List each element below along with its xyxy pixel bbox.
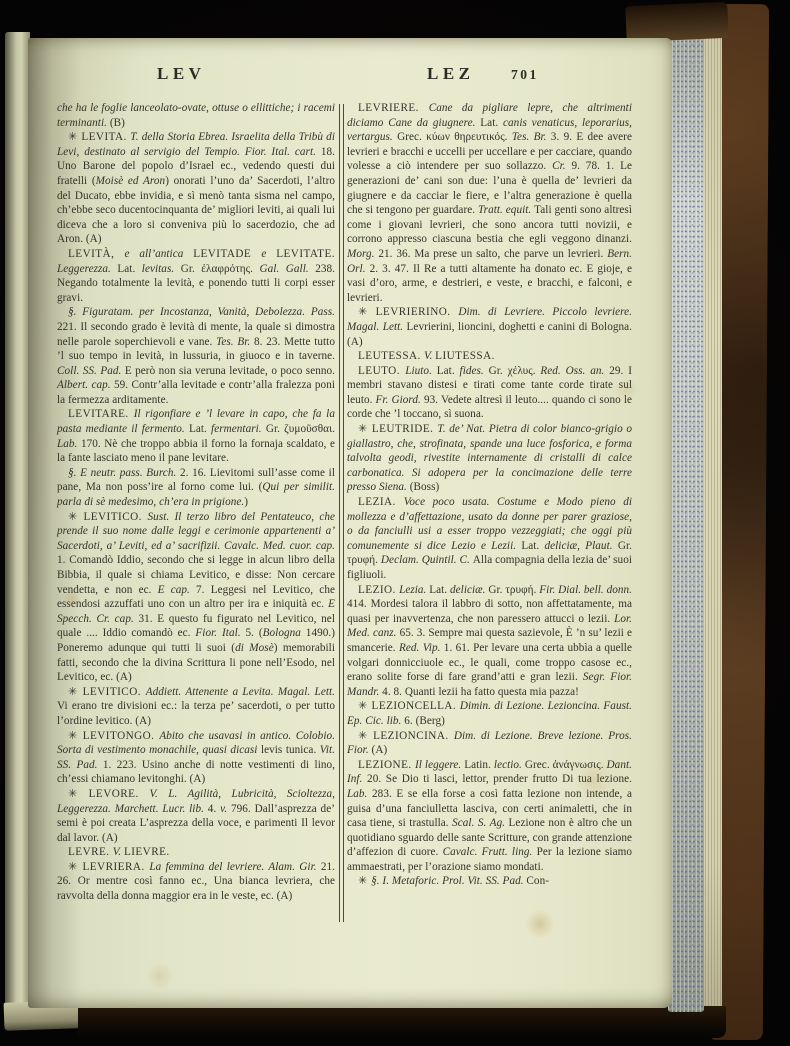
text-segment: LEVRE. (68, 846, 113, 858)
text-segment: Bologna (263, 627, 306, 639)
column-divider-rule (339, 104, 344, 922)
text-segment: Gr. τρυφή. (488, 584, 539, 596)
text-segment: 2. 3. 47. Il Re a tutti altamente ha don… (347, 263, 632, 304)
text-segment: Lat. (189, 423, 211, 435)
book-page: LEV LEZ 701 che ha le foglie lanceolato-… (28, 38, 672, 1008)
text-segment: §. Figuratam. per Incostanza, Vanità, De… (68, 306, 335, 318)
dictionary-entry: LEUTESSA. V. LIUTESSA. (347, 349, 632, 364)
text-segment: deliciæ. (450, 584, 488, 596)
text-segment: Red. Oss. an. (540, 365, 609, 377)
text-segment: LEZIONE. (358, 759, 415, 771)
text-segment: Grec. ἀνάγνωσις. (525, 759, 607, 771)
text-segment: fermentari. (211, 423, 266, 435)
text-segment: levitas. (142, 263, 181, 275)
dictionary-entry: §. E neutr. pass. Burch. 2. 16. Lievitom… (57, 466, 335, 510)
text-segment: ✳ LEVITICO. (68, 686, 146, 698)
dictionary-entry: ✳ LEVRIERINO. Dim. di Levriere. Piccolo … (347, 305, 632, 349)
book-bottom-shadow (78, 1006, 726, 1038)
text-segment: V. (424, 350, 435, 362)
text-segment: Gr. ἐλαφρότης. (181, 263, 260, 275)
text-segment: Declam. Quintil. C. (381, 554, 473, 566)
text-segment: E cap. (158, 584, 196, 596)
text-segment: ✳ LEVITA. (68, 131, 130, 143)
text-segment: ✳ LEVITICO. (68, 511, 148, 523)
page-number: 701 (511, 67, 539, 83)
text-segment: 5. ( (245, 627, 262, 639)
text-segment: e (261, 248, 276, 260)
text-segment: Lat. (429, 584, 450, 596)
text-segment: Fior. Ital. (195, 627, 245, 639)
text-segment: Lab. (347, 788, 372, 800)
text-segment: LEVITADE (193, 248, 261, 260)
dictionary-entry: ✳ LEVRIERA. La femmina del levriere. Ala… (57, 860, 335, 904)
text-segment: §. I. Metaforic. Prol. Vit. SS. Pad. (371, 875, 526, 887)
text-segment: V. (113, 846, 124, 858)
text-segment: Cavalc. Frutt. ling. (443, 846, 537, 858)
dictionary-entry: ✳ LEUTRIDE. T. de’ Nat. Pietra di color … (347, 422, 632, 495)
dictionary-entry: LEZIO. Lezia. Lat. deliciæ. Gr. τρυφή. F… (347, 583, 632, 700)
text-segment: fides. (460, 365, 489, 377)
text-segment: Moisè ed Aron (96, 175, 166, 187)
dictionary-entry: ✳ LEZIONCINA. Dim. di Lezione. Breve lez… (347, 729, 632, 758)
text-segment: La femmina del levriere. Alam. Gir. (149, 861, 321, 873)
dictionary-entry: LEVITÀ, e all’antica LEVITADE e LEVITATE… (57, 247, 335, 305)
text-segment: ✳ LEVRIERA. (68, 861, 149, 873)
text-segment: LEZIA. (358, 496, 404, 508)
text-segment: 4. (208, 803, 220, 815)
text-segment: LEVITÀ, (68, 248, 125, 260)
text-segment: Morg. (347, 248, 378, 260)
text-segment: LEVRIERE. (358, 102, 429, 114)
text-segment: Cr. (552, 160, 571, 172)
dictionary-entry: ✳ LEVITICO. Sust. Il terzo libro del Pen… (57, 510, 335, 685)
text-segment: LEVITATE. (276, 248, 335, 260)
dictionary-entry: ✳ LEVORE. V. L. Agilità, Lubricità, Scio… (57, 787, 335, 845)
text-segment: Fir. Dial. bell. donn. (539, 584, 632, 596)
text-segment: Tes. Br. (512, 131, 551, 143)
text-segment: Lat. (117, 263, 141, 275)
text-segment: deliciæ, Plaut. (544, 540, 617, 552)
dictionary-entry: ✳ LEZIONCELLA. Dimin. di Lezione. Lezion… (347, 699, 632, 728)
text-segment: Leggerezza. (57, 263, 117, 275)
text-segment: Latin. (464, 759, 494, 771)
text-segment: e all’antica (125, 248, 194, 260)
text-segment: 21. 36. Ma prese un salto, che parve un … (378, 248, 607, 260)
dictionary-entry: LEVITARE. Il rigonfiare e ’l levare in c… (57, 407, 335, 465)
text-segment: (Boss) (410, 481, 440, 493)
text-segment: (A) (372, 744, 388, 756)
text-segment: ✳ LEZIONCINA. (358, 730, 454, 742)
text-segment: Grec. κύων θηρευτικός. (397, 131, 512, 143)
text-segment: Lat. (480, 117, 503, 129)
text-segment: Coll. SS. Pad. (57, 365, 125, 377)
dictionary-entry: LEVRIERE. Cane da pigliare lepre, che al… (347, 101, 632, 305)
dictionary-entry: ✳ LEVITONGO. Abito che usavasi in antico… (57, 729, 335, 787)
text-segment: Lezia. (399, 584, 429, 596)
text-segment: Albert. cap. (57, 379, 114, 391)
text-segment: Lat. (437, 365, 460, 377)
text-segment: di Mosè (235, 642, 274, 654)
page-block-edge (702, 28, 722, 1012)
dictionary-entry: ✳ LEVITA. T. della Storia Ebrea. Israeli… (57, 130, 335, 247)
dictionary-entry: ✳ §. I. Metaforic. Prol. Vit. SS. Pad. C… (347, 874, 632, 889)
text-segment: LIUTESSA. (435, 350, 495, 362)
text-segment: ) (244, 496, 248, 508)
text-segment: LEVITARE. (68, 408, 134, 420)
text-segment: Il leggere. (415, 759, 464, 771)
text-column-right: LEVRIERE. Cane da pigliare lepre, che al… (347, 101, 632, 889)
dictionary-entry: LEZIA. Voce poco usata. Costume e Modo p… (347, 495, 632, 583)
text-segment: ✳ (358, 875, 371, 887)
text-segment: 6. (Berg) (404, 715, 445, 727)
text-segment: Vi erano tre divisioni ec.: la terza pe’… (57, 700, 335, 727)
text-segment: LIEVRE. (124, 846, 170, 858)
facing-page-edge (5, 32, 30, 1014)
text-segment: Con- (526, 875, 549, 887)
text-segment: che ha le foglie lanceolato-ovate, ottus… (57, 102, 335, 129)
text-segment: Lab. (57, 438, 81, 450)
book-photo: LEV LEZ 701 che ha le foglie lanceolato-… (0, 0, 790, 1046)
text-segment: ✳ LEVITONGO. (68, 730, 159, 742)
text-segment: ✳ LEUTRIDE. (358, 423, 437, 435)
dictionary-entry: LEZIONE. Il leggere. Latin. lectio. Grec… (347, 758, 632, 875)
text-column-left: che ha le foglie lanceolato-ovate, ottus… (57, 101, 335, 904)
text-segment: (B) (110, 117, 125, 129)
text-segment: LEUTO. (358, 365, 405, 377)
text-segment: ✳ LEVRIERINO. (358, 306, 458, 318)
text-segment: Lat. (521, 540, 544, 552)
text-segment: 20. Se Dio ti lasci, lettor, prender fru… (367, 773, 632, 785)
text-segment: v. (220, 803, 231, 815)
text-segment: Red. Vip. (399, 642, 444, 654)
text-segment: Fr. Giord. (376, 394, 424, 406)
running-head-left: LEV (157, 64, 205, 84)
dictionary-entry: ✳ LEVITICO. Addiett. Attenente a Levita.… (57, 685, 335, 729)
book-cover-corner (625, 2, 728, 42)
text-segment: 4. 8. Quanti lezii ha fatto questa mia p… (382, 686, 579, 698)
text-segment: levis tunica. (261, 744, 320, 756)
text-segment: lectio. (494, 759, 525, 771)
text-segment: Scal. S. Ag. (452, 817, 508, 829)
text-segment: Gal. Gall. (260, 263, 316, 275)
text-segment: 414. Mordesi talora il labbro di sotto, … (347, 598, 632, 625)
text-segment: Gr. χέλυς. (489, 365, 541, 377)
text-segment: 170. Nè che troppo abbia il forno la for… (57, 438, 335, 465)
text-segment: Addiett. Attenente a Levita. Magal. Lett… (146, 686, 335, 698)
page-fore-edge (668, 24, 704, 1012)
text-segment: ✳ LEZIONCELLA. (358, 700, 460, 712)
dictionary-entry: LEUTO. Liuto. Lat. fides. Gr. χέλυς. Red… (347, 364, 632, 422)
dictionary-entry: che ha le foglie lanceolato-ovate, ottus… (57, 101, 335, 130)
text-segment: LEUTESSA. (358, 350, 424, 362)
running-head-right: LEZ (427, 64, 475, 84)
text-segment: E però non sia veruna levitade, o poco s… (125, 365, 335, 377)
text-segment: Liuto. (405, 365, 437, 377)
text-segment: ✳ LEVORE. (68, 788, 150, 800)
dictionary-entry: §. Figuratam. per Incostanza, Vanità, De… (57, 305, 335, 407)
text-segment: Tratt. equit. (478, 204, 534, 216)
text-segment: Gr. ζυμοῦσθαι. (266, 423, 335, 435)
text-segment: §. E neutr. pass. Burch. (68, 467, 180, 479)
text-segment: Tes. Br. (216, 336, 254, 348)
text-segment: LEZIO. (358, 584, 399, 596)
dictionary-entry: LEVRE. V. LIEVRE. (57, 845, 335, 860)
